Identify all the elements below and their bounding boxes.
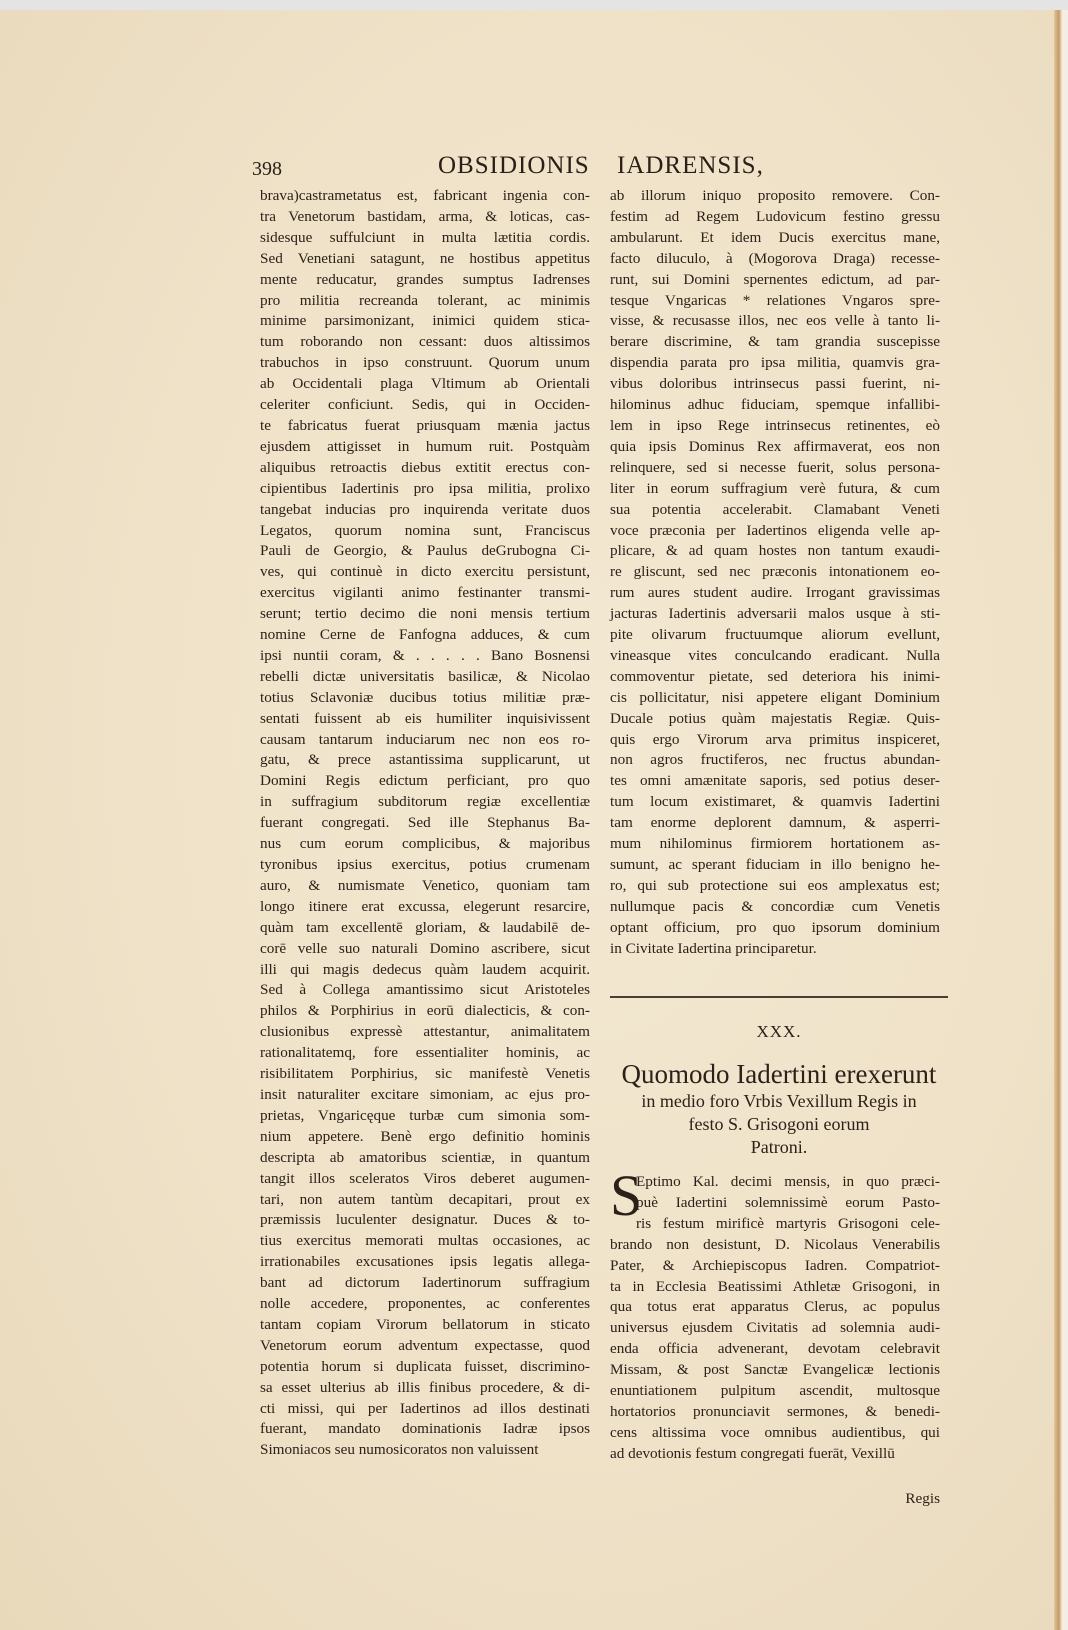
text-line: gatu, & prece astantissima supplicarunt,…	[260, 750, 590, 771]
text-line: in suffragium subditorum regiæ excellent…	[260, 792, 590, 813]
text-line: festim ad Regem Ludovicum festino gressu	[610, 207, 940, 228]
text-line: jacturas Iadertinis adversarii malos usq…	[610, 604, 940, 625]
text-line: clusionibus expressè attestantur, animal…	[260, 1022, 590, 1043]
text-line: insit naturaliter excitare simoniam, ac …	[260, 1085, 590, 1106]
text-line: Ducale potius quàm majestatis Regiæ. Qui…	[610, 709, 940, 730]
text-line: tari, non autem tantùm decapitari, prout…	[260, 1190, 590, 1211]
text-line: bant ad dictorum Iadertinorum suffragium	[260, 1273, 590, 1294]
section-divider-rule	[610, 996, 948, 998]
text-line: totius Sclavoniæ ducibus totius militiæ …	[260, 688, 590, 709]
text-line: tum locum existimaret, & quamvis Iaderti…	[610, 792, 940, 813]
text-line: berare discrimine, & tam grandia suscepi…	[610, 332, 940, 353]
text-line: sumunt, ac sperant fiduciam in illo beni…	[610, 855, 940, 876]
text-line: facto diluculo, à (Mogorova Draga) reces…	[610, 249, 940, 270]
text-line: mum nihilominus firmiorem hortationem as…	[610, 834, 940, 855]
text-line: sidesque suffulciunt in multa lætitia co…	[260, 228, 590, 249]
text-line: re gliscunt, sed nec præconis intonation…	[610, 562, 940, 583]
text-line: tyronibus ipsius exercitus, potius crume…	[260, 855, 590, 876]
text-line: vibus doloribus intrinsecus passi fuerin…	[610, 374, 940, 395]
text-line: tangebat inducias pro inquirenda veritat…	[260, 500, 590, 521]
text-line: corē velle suo naturali Domino ascribere…	[260, 939, 590, 960]
chapter-title-line-2: in medio foro Vrbis Vexillum Regis in	[605, 1090, 953, 1113]
text-line: quàm tam excellentē gloriam, & laudabilē…	[260, 918, 590, 939]
text-line: cis pollicitatur, nisi appetere eligant …	[610, 688, 940, 709]
text-line: dispendia parata pro ipsa militia, quamv…	[610, 353, 940, 374]
chapter-heading: Quomodo Iadertini erexerunt in medio for…	[605, 1058, 953, 1159]
text-line: illi qui magis dedecus quàm laudem acqui…	[260, 960, 590, 981]
text-line: hilominus adhuc fiduciam, spemque infall…	[610, 395, 940, 416]
text-line: nus cum eorum complicibus, & majoribus	[260, 834, 590, 855]
text-line: ta in Ecclesia Beatissimi Athletæ Grisog…	[610, 1277, 940, 1298]
text-line: tius exercitus memorati multas occasione…	[260, 1231, 590, 1252]
text-line: tangit illos sceleratos Viros deberet au…	[260, 1169, 590, 1190]
text-line: in Civitate Iadertina principaretur.	[610, 939, 940, 960]
text-line: longo itinere erat excussa, elegerunt re…	[260, 897, 590, 918]
text-line: rebelli dictæ universitatis basilicæ, & …	[260, 667, 590, 688]
text-line: mente reducatur, grandes sumptus Iadrens…	[260, 270, 590, 291]
text-line: ris festum mirificè martyris Grisogoni c…	[610, 1214, 940, 1235]
text-line: commoventur pietate, sed deteriora his i…	[610, 667, 940, 688]
text-line: tra Venetorum bastidam, arma, & loticas,…	[260, 207, 590, 228]
text-line: fuerant congregati. Sed ille Stephanus B…	[260, 813, 590, 834]
running-title-right: IADRENSIS,	[617, 152, 764, 180]
chapter-body-text: Eptimo Kal. decimi mensis, in quo præci-…	[610, 1172, 940, 1465]
page-edge-shadow	[1054, 10, 1062, 1630]
text-line: tes omni amænitate saporis, sed potius d…	[610, 771, 940, 792]
page-number: 398	[252, 158, 282, 181]
text-line: liter in eorum suffragium verè futura, &…	[610, 479, 940, 500]
text-line: exercitus vigilanti animo festinanter tr…	[260, 583, 590, 604]
text-line: ad devotionis festum congregati fuerāt, …	[610, 1444, 940, 1465]
chapter-number: XXX.	[610, 1022, 948, 1042]
chapter-title-line-4: Patroni.	[605, 1136, 953, 1159]
text-line: Legatos, quorum nomina sunt, Franciscus	[260, 521, 590, 542]
text-line: tam enorme deplorent damnum, & asperri-	[610, 813, 940, 834]
text-line: lem in ipso Rege intrinsecus retinentes,…	[610, 416, 940, 437]
text-line: fuerant, mandato dominationis Iadræ ipso…	[260, 1419, 590, 1440]
text-line: sa esset ulterius ab illis finibus proce…	[260, 1378, 590, 1399]
text-line: ab Occidentali plaga Vltimum ab Oriental…	[260, 374, 590, 395]
catchword: Regis	[610, 1490, 940, 1508]
text-line: voce præconia per Iadertinos eligenda ve…	[610, 521, 940, 542]
text-line: plicare, & ad quam hostes non tantum exa…	[610, 541, 940, 562]
text-line: irrationabiles excusationes ipsis legati…	[260, 1252, 590, 1273]
text-line: brando non desistunt, D. Nicolaus Venera…	[610, 1235, 940, 1256]
text-line: tum roborando non cessant: duos altissim…	[260, 332, 590, 353]
text-line: Eptimo Kal. decimi mensis, in quo præci-	[610, 1172, 940, 1193]
text-line: auro, & numismate Venetico, quoniam tam	[260, 876, 590, 897]
text-line: brava)castrametatus est, fabricant ingen…	[260, 186, 590, 207]
text-line: runt, sui Domini spernentes edictum, ad …	[610, 270, 940, 291]
chapter-title-line-3: festo S. Grisogoni eorum	[605, 1113, 953, 1136]
text-line: præmissis luculenter designatur. Duces &…	[260, 1210, 590, 1231]
text-line: optant officium, pro quo ipsorum dominiu…	[610, 918, 940, 939]
text-line: ejusdem attigisset in humum ruit. Postqu…	[260, 437, 590, 458]
right-text-column: ab illorum iniquo proposito removere. Co…	[610, 186, 940, 960]
text-line: relinquere, sed si necesse fuerit, solus…	[610, 458, 940, 479]
text-line: Domini Regis edictum perficiant, pro quo	[260, 771, 590, 792]
text-line: te fabricatus fuerat priusquam mænia jac…	[260, 416, 590, 437]
text-line: ves, qui continuè in dicto exercitu pers…	[260, 562, 590, 583]
text-line: philos & Porphirius in eorū dialecticis,…	[260, 1001, 590, 1022]
text-line: non agros fructiferos, nec fructus abund…	[610, 750, 940, 771]
text-line: nullumque pacis & concordiæ cum Venetis	[610, 897, 940, 918]
text-line: risibilitatem Porphirius, sic manifestè …	[260, 1064, 590, 1085]
text-line: Sed à Collega amantissimo sicut Aristote…	[260, 980, 590, 1001]
text-line: cipientibus Iadertinis pro ipsa militia,…	[260, 479, 590, 500]
text-line: nomine Cerne de Fanfogna adduces, & cum	[260, 625, 590, 646]
text-line: prietas, Vngaricęque turbæ cum simonia s…	[260, 1106, 590, 1127]
text-line: sua potentia accelerabit. Clamabant Vene…	[610, 500, 940, 521]
text-line: ipsi nuntii coram, & . . . . . Bano Bosn…	[260, 646, 590, 667]
text-line: minime parsimonizant, inimici quidem sti…	[260, 311, 590, 332]
text-line: quia ipsis Dominus Rex affirmaverat, eos…	[610, 437, 940, 458]
text-line: pite olivarum fructuumque aliorum evellu…	[610, 625, 940, 646]
text-line: enda officia advenerant, devotam celebra…	[610, 1339, 940, 1360]
text-line: Simoniacos seu numosicoratos non valuiss…	[260, 1440, 590, 1461]
running-header: 398 OBSIDIONIS IADRENSIS,	[252, 148, 952, 188]
text-line: celeriter conficiunt. Sedis, qui in Occi…	[260, 395, 590, 416]
text-line: trabuchos in ipso construunt. Quorum unu…	[260, 353, 590, 374]
text-line: ab illorum iniquo proposito removere. Co…	[610, 186, 940, 207]
text-line: hortatorios pronunciavit sermones, & ben…	[610, 1402, 940, 1423]
text-line: rum aures student audire. Irrogant gravi…	[610, 583, 940, 604]
text-line: nolle accedere, proponentes, ac conferen…	[260, 1294, 590, 1315]
text-line: ambularunt. Et idem Ducis exercitus mane…	[610, 228, 940, 249]
viewer-top-bar	[0, 0, 1068, 10]
text-line: visse, & recusasse illos, nec eos velle …	[610, 311, 940, 332]
text-line: Pauli de Georgio, & Paulus deGrubogna Ci…	[260, 541, 590, 562]
chapter-title-line-1: Quomodo Iadertini erexerunt	[605, 1058, 953, 1090]
text-line: pro militia recreanda tolerant, ac minim…	[260, 291, 590, 312]
text-line: enuntiationem pulpitum ascendit, multosq…	[610, 1381, 940, 1402]
text-line: Missam, & post Sanctæ Evangelicæ lection…	[610, 1360, 940, 1381]
text-line: causam tantarum induciarum nec non eos r…	[260, 730, 590, 751]
text-line: Sed Venetiani satagunt, ne hostibus appe…	[260, 249, 590, 270]
text-line: quis ergo Virorum arva primitus inspicer…	[610, 730, 940, 751]
left-text-column: brava)castrametatus est, fabricant ingen…	[260, 186, 590, 1461]
text-line: universus ejusdem Civitatis ad solemnia …	[610, 1318, 940, 1339]
page-edge	[1062, 10, 1068, 1630]
text-line: nium appetere. Benè ergo definitio homin…	[260, 1127, 590, 1148]
text-line: descripta ab amatoribus scientiæ, in qua…	[260, 1148, 590, 1169]
text-line: Venetorum eorum adventum expectasse, quo…	[260, 1336, 590, 1357]
text-line: cti missi, qui per Iadertinos ad illos d…	[260, 1399, 590, 1420]
text-line: qua totus erat apparatus Clerus, ac popu…	[610, 1297, 940, 1318]
text-line: potentia horum si duplicata fuisset, dis…	[260, 1357, 590, 1378]
text-line: serunt; tertio decimo die noni mensis te…	[260, 604, 590, 625]
text-line: cens altissima voce omnibus audientibus,…	[610, 1423, 940, 1444]
running-title-left: OBSIDIONIS	[438, 152, 590, 180]
text-line: aliquibus retroactis diebus extitit erec…	[260, 458, 590, 479]
text-line: sentati fuissent ab eis humiliter inquis…	[260, 709, 590, 730]
text-line: rationalitatemq, fore essentialiter homi…	[260, 1043, 590, 1064]
text-line: tesque Vngaricas * relationes Vngaros sp…	[610, 291, 940, 312]
text-line: vineasque vites conculcando eradicant. N…	[610, 646, 940, 667]
text-line: Pater, & Archiepiscopus Iadren. Compatri…	[610, 1256, 940, 1277]
text-line: puè Iadertini solemnissimè eorum Pasto-	[610, 1193, 940, 1214]
text-line: tantam copiam Virorum bellatorum in stic…	[260, 1315, 590, 1336]
text-line: ro, qui sub protectione sui eos amplexat…	[610, 876, 940, 897]
